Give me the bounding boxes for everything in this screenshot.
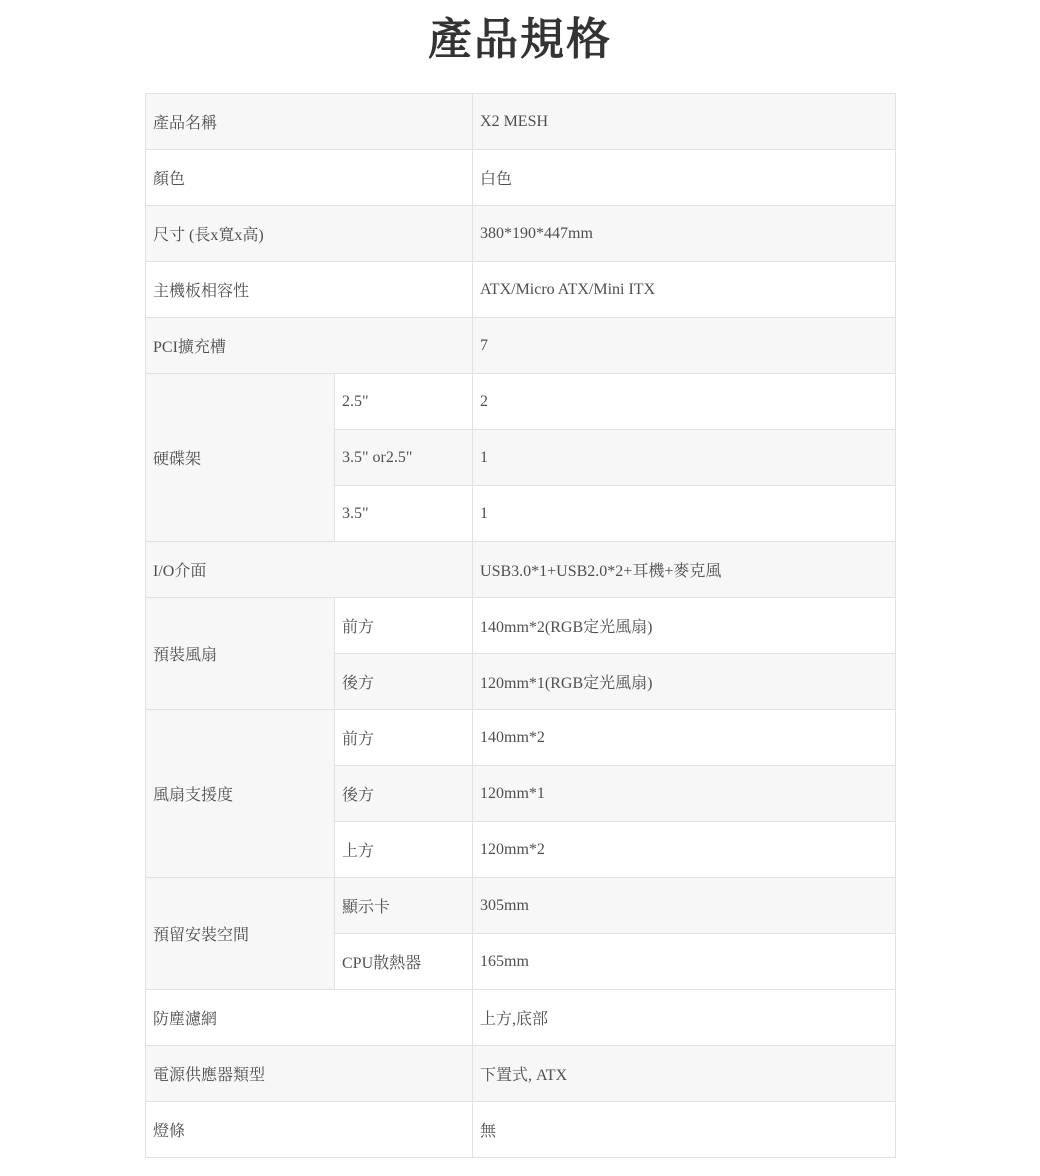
spec-table: 產品名稱X2 MESH顏色白色尺寸 (長x寬x高)380*190*447mm主機… [145, 93, 896, 1158]
row-value: 1 [473, 430, 896, 486]
table-row: 硬碟架2.5"2 [146, 374, 896, 430]
spec-table-body: 產品名稱X2 MESH顏色白色尺寸 (長x寬x高)380*190*447mm主機… [146, 94, 896, 1158]
row-label: 燈條 [146, 1102, 473, 1158]
product-spec-page: 產品規格 產品名稱X2 MESH顏色白色尺寸 (長x寬x高)380*190*44… [0, 0, 1040, 1176]
table-row: 主機板相容性ATX/Micro ATX/Mini ITX [146, 262, 896, 318]
row-group-label: 預留安裝空間 [146, 878, 335, 990]
row-label: 防塵濾網 [146, 990, 473, 1046]
page-title: 產品規格 [0, 0, 1040, 76]
row-value: 下置式, ATX [473, 1046, 896, 1102]
row-value: 上方,底部 [473, 990, 896, 1046]
row-value: 120mm*2 [473, 822, 896, 878]
row-label: 尺寸 (長x寬x高) [146, 206, 473, 262]
table-row: 預裝風扇前方140mm*2(RGB定光風扇) [146, 598, 896, 654]
row-value: 305mm [473, 878, 896, 934]
row-value: 380*190*447mm [473, 206, 896, 262]
row-value: 140mm*2(RGB定光風扇) [473, 598, 896, 654]
row-label: I/O介面 [146, 542, 473, 598]
row-sublabel: 顯示卡 [335, 878, 473, 934]
table-row: 產品名稱X2 MESH [146, 94, 896, 150]
table-row: 燈條無 [146, 1102, 896, 1158]
row-label: 顏色 [146, 150, 473, 206]
row-sublabel: 後方 [335, 766, 473, 822]
row-label: 產品名稱 [146, 94, 473, 150]
row-value: ATX/Micro ATX/Mini ITX [473, 262, 896, 318]
row-sublabel: 3.5" or2.5" [335, 430, 473, 486]
table-row: 尺寸 (長x寬x高)380*190*447mm [146, 206, 896, 262]
row-value: 2 [473, 374, 896, 430]
row-value: 無 [473, 1102, 896, 1158]
table-row: 預留安裝空間顯示卡305mm [146, 878, 896, 934]
table-row: 電源供應器類型下置式, ATX [146, 1046, 896, 1102]
row-sublabel: CPU散熱器 [335, 934, 473, 990]
row-value: 7 [473, 318, 896, 374]
row-value: 140mm*2 [473, 710, 896, 766]
table-row: PCI擴充槽7 [146, 318, 896, 374]
row-label: 電源供應器類型 [146, 1046, 473, 1102]
row-value: 120mm*1 [473, 766, 896, 822]
row-sublabel: 上方 [335, 822, 473, 878]
row-sublabel: 3.5" [335, 486, 473, 542]
table-row: 顏色白色 [146, 150, 896, 206]
row-value: 白色 [473, 150, 896, 206]
row-label: PCI擴充槽 [146, 318, 473, 374]
table-row: I/O介面USB3.0*1+USB2.0*2+耳機+麥克風 [146, 542, 896, 598]
row-value: USB3.0*1+USB2.0*2+耳機+麥克風 [473, 542, 896, 598]
table-row: 風扇支援度前方140mm*2 [146, 710, 896, 766]
table-row: 防塵濾網上方,底部 [146, 990, 896, 1046]
row-group-label: 預裝風扇 [146, 598, 335, 710]
row-group-label: 風扇支援度 [146, 710, 335, 878]
row-group-label: 硬碟架 [146, 374, 335, 542]
row-sublabel: 後方 [335, 654, 473, 710]
row-sublabel: 2.5" [335, 374, 473, 430]
row-value: 120mm*1(RGB定光風扇) [473, 654, 896, 710]
row-sublabel: 前方 [335, 598, 473, 654]
row-sublabel: 前方 [335, 710, 473, 766]
row-value: 165mm [473, 934, 896, 990]
row-value: 1 [473, 486, 896, 542]
row-label: 主機板相容性 [146, 262, 473, 318]
row-value: X2 MESH [473, 94, 896, 150]
